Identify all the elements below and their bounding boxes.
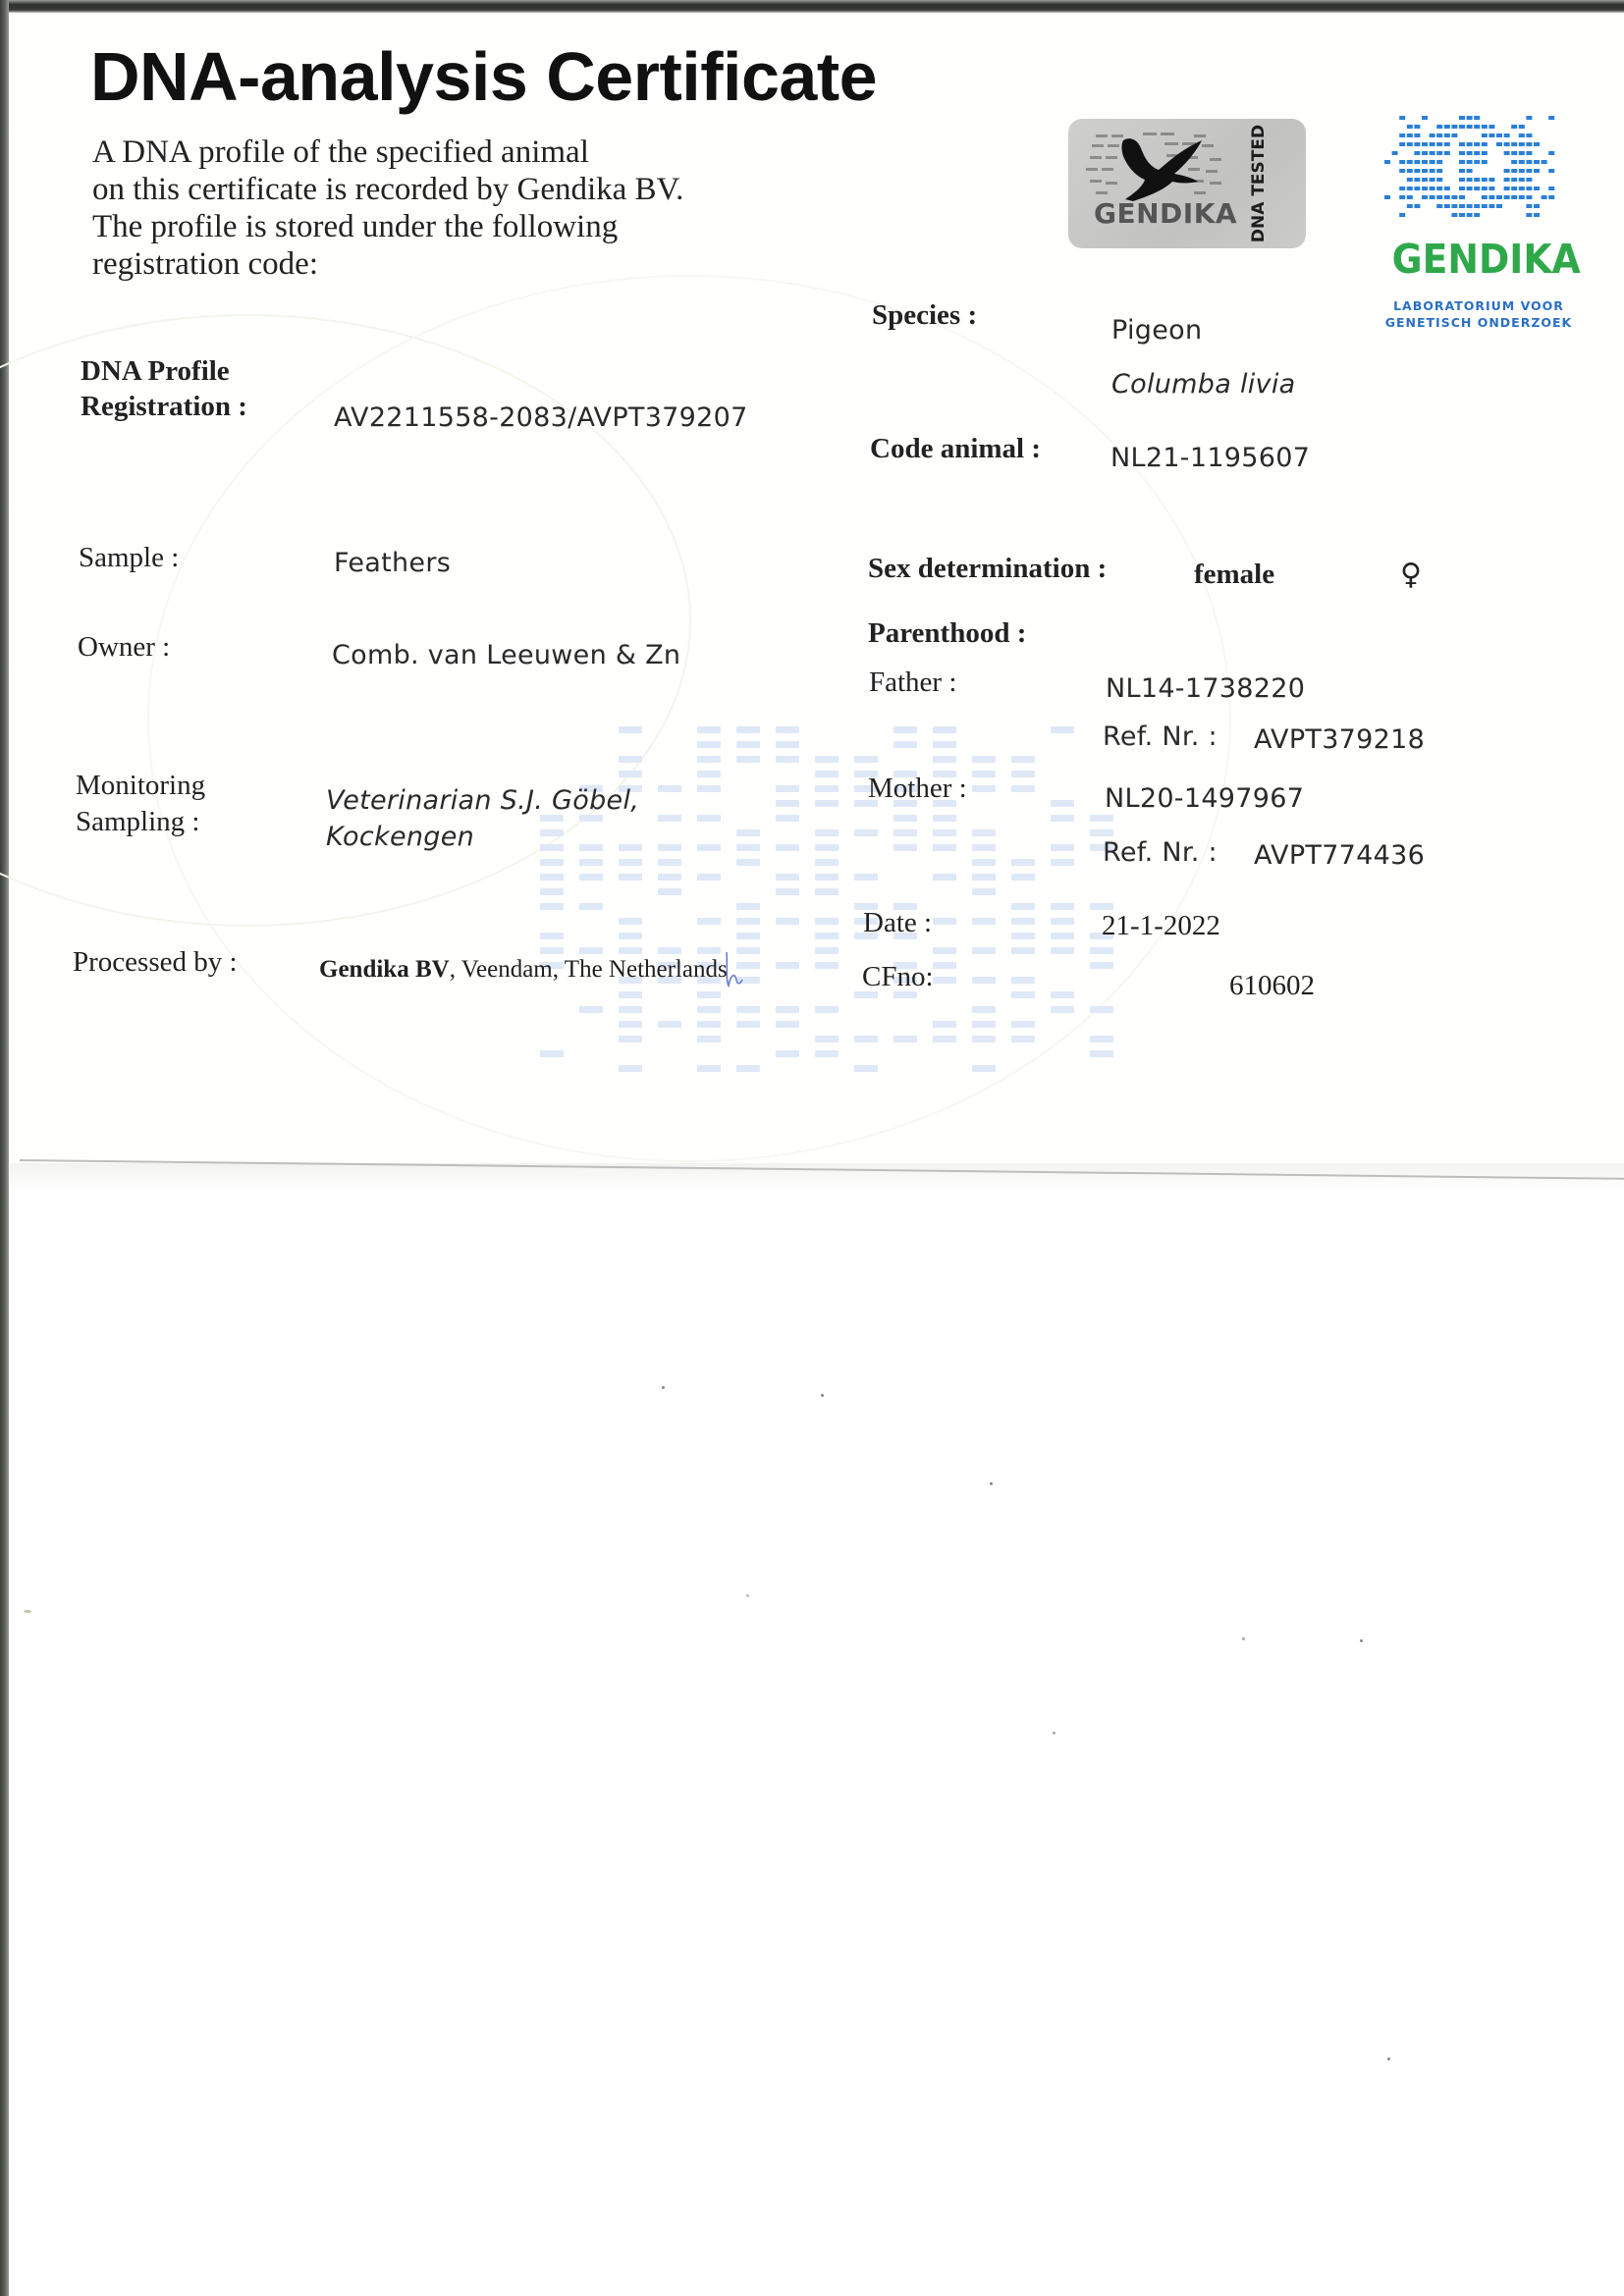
parenthood-label: Parenthood :	[868, 617, 1026, 650]
logo-tagline: LABORATORIUM VOOR	[1384, 298, 1573, 313]
intro-line: on this certificate is recorded by Gendi…	[92, 171, 799, 208]
father-value: NL14-1738220	[1106, 673, 1305, 704]
processed-value: Gendika BV, Veendam, The Netherlands	[319, 956, 728, 984]
sample-value: Feathers	[334, 548, 451, 578]
processed-location: , Veendam, The Netherlands	[450, 956, 728, 983]
intro-line: registration code:	[92, 245, 799, 283]
gendika-logo-mark-icon	[1384, 116, 1573, 224]
dust-speck	[821, 1394, 824, 1397]
sex-value: female	[1194, 559, 1274, 591]
registration-value: AV2211558-2083/AVPT379207	[334, 402, 748, 433]
gendika-logo: GENDIKA LABORATORIUM VOOR GENETISCH ONDE…	[1384, 116, 1573, 342]
registration-label: Registration :	[81, 391, 247, 423]
mother-label: Mother :	[868, 773, 967, 805]
scan-edge-left	[0, 0, 9, 2296]
dust-speck	[1387, 2057, 1390, 2060]
father-ref-value: AVPT379218	[1254, 724, 1425, 755]
scan-edge-top	[0, 0, 1624, 13]
sex-label: Sex determination :	[868, 553, 1107, 585]
signature-mark-icon	[719, 950, 748, 991]
intro-text: A DNA profile of the specified animal on…	[92, 133, 799, 283]
dna-tested-sticker: GENDIKA DNA TESTED	[1068, 119, 1306, 248]
intro-line: The profile is stored under the followin…	[92, 208, 799, 245]
dust-speck	[662, 1386, 665, 1389]
monitoring-value: Veterinarian S.J. Göbel,	[326, 785, 639, 816]
species-label: Species :	[872, 299, 977, 332]
logo-name: GENDIKA	[1392, 236, 1566, 283]
dust-speck	[24, 1610, 31, 1613]
father-ref-label: Ref. Nr. :	[1103, 721, 1218, 752]
monitoring-label: Monitoring	[76, 770, 205, 802]
code-animal-value: NL21-1195607	[1110, 443, 1310, 473]
logo-tagline: GENETISCH ONDERZOEK	[1384, 315, 1573, 330]
species-common: Pigeon	[1111, 315, 1202, 346]
species-latin: Columba livia	[1111, 369, 1295, 400]
registration-label: DNA Profile	[81, 355, 230, 388]
mother-ref-label: Ref. Nr. :	[1103, 837, 1218, 868]
code-animal-label: Code animal :	[870, 433, 1041, 465]
cfno-value: 610602	[1229, 970, 1315, 1002]
female-symbol-icon: ♀	[1400, 558, 1422, 592]
intro-line: A DNA profile of the specified animal	[92, 133, 799, 171]
mother-value: NL20-1497967	[1105, 783, 1304, 814]
dust-speck	[1242, 1637, 1245, 1640]
dust-speck	[746, 1594, 749, 1597]
processed-company: Gendika BV	[319, 956, 450, 983]
owner-label: Owner :	[78, 631, 170, 664]
father-label: Father :	[869, 667, 956, 699]
pigeon-silhouette-icon	[1086, 127, 1253, 203]
sticker-label: DNA TESTED	[1249, 125, 1269, 242]
mother-ref-value: AVPT774436	[1254, 840, 1425, 871]
dust-speck	[990, 1482, 993, 1485]
monitoring-label: Sampling :	[76, 806, 199, 838]
date-label: Date :	[863, 907, 932, 939]
dust-speck	[1053, 1732, 1056, 1735]
sticker-brand: GENDIKA	[1094, 197, 1237, 230]
date-value: 21-1-2022	[1102, 910, 1220, 942]
owner-value: Comb. van Leeuwen & Zn	[332, 640, 680, 670]
monitoring-value: Kockengen	[326, 822, 474, 852]
sample-label: Sample :	[79, 542, 179, 574]
dust-speck	[1360, 1639, 1363, 1642]
cfno-label: CFno:	[862, 961, 934, 993]
processed-label: Processed by :	[73, 946, 238, 979]
page-title: DNA-analysis Certificate	[90, 37, 877, 116]
gendika-watermark	[540, 726, 1149, 1080]
